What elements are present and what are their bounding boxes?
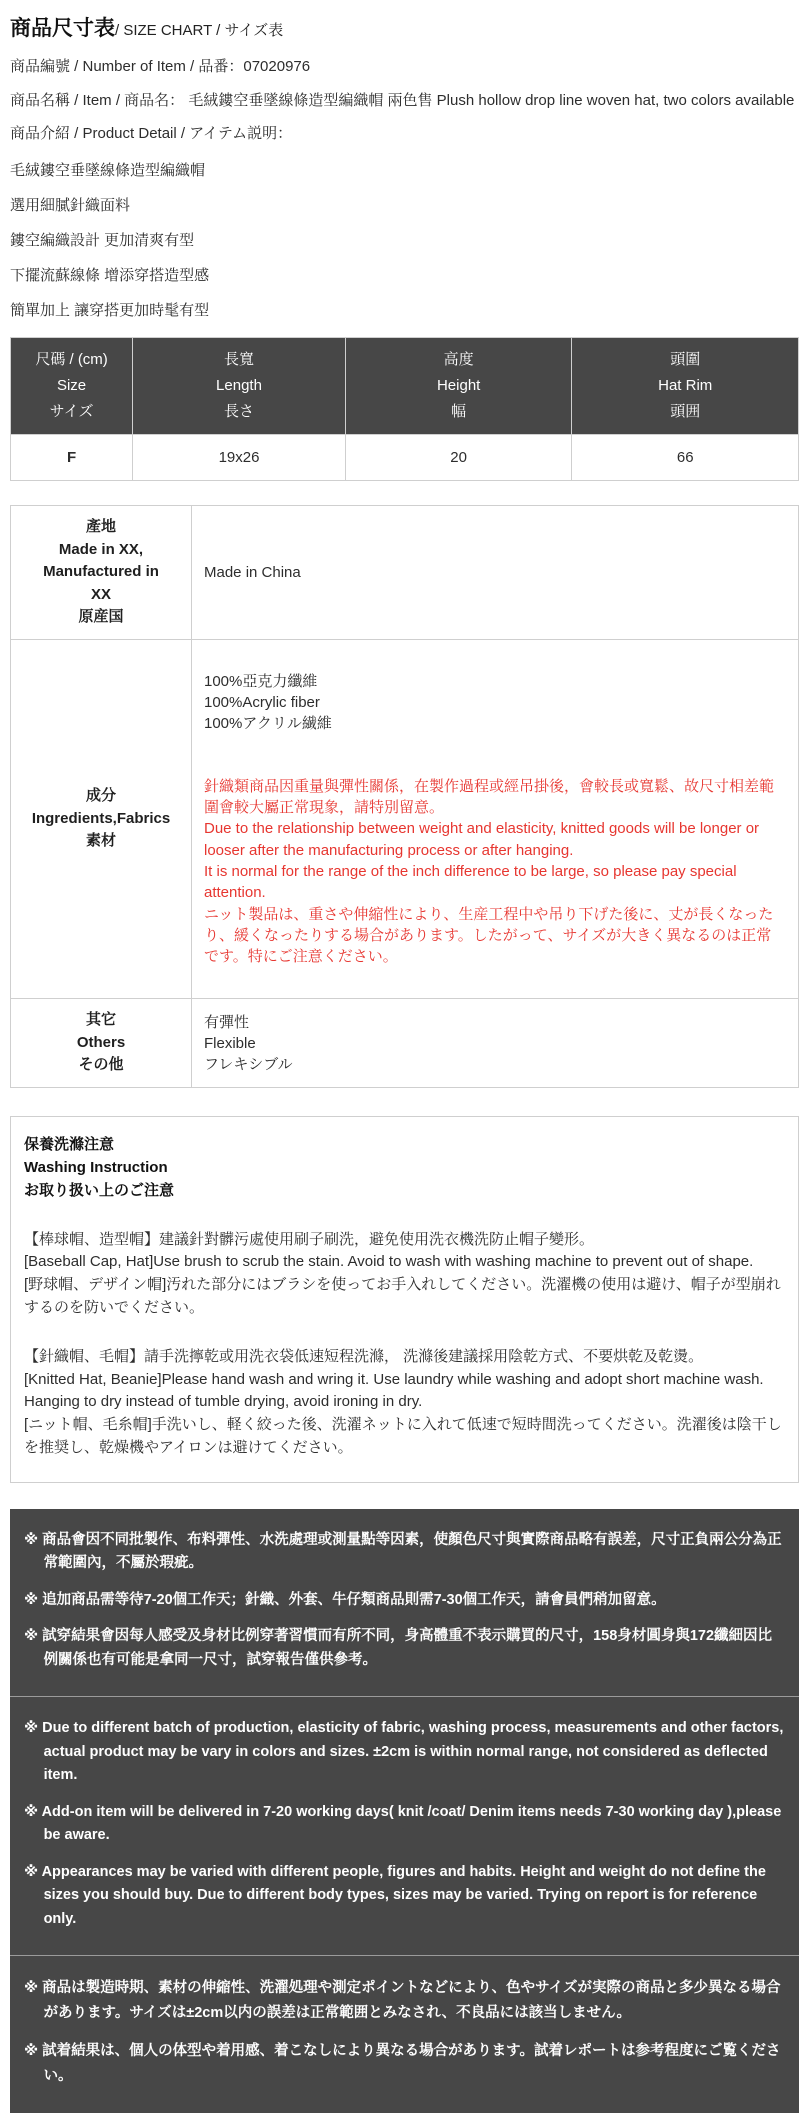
disclaimer-box: ※ 商品會因不同批製作、布料彈性、水洗處理或測量點等因素，使顏色尺寸與實際商品略… [10, 1509, 799, 2113]
page-title: 商品尺寸表/ SIZE CHART / サイズ表 [10, 12, 799, 42]
size-chart-cell-size: F [11, 435, 133, 481]
size-chart-data-row: F 19x26 20 66 [11, 435, 799, 481]
info-label-ingredients: 成分 Ingredients,Fabrics 素材 [11, 639, 192, 999]
disclaimer-section-en: ※ Due to different batch of production, … [10, 1697, 799, 1956]
disclaimer-item: ※ 試穿結果會因每人感受及身材比例穿著習慣而有所不同，身高體重不表示購買的尺寸，… [24, 1625, 785, 1672]
disclaimer-item: ※ 試着結果は、個人の体型や着用感、着こなしにより異なる場合があります。試着レポ… [24, 2039, 785, 2089]
info-label-origin: 產地 Made in XX, Manufactured in XX 原産国 [11, 506, 192, 640]
product-description-line: 簡單加上 讓穿搭更加時髦有型 [10, 300, 799, 321]
washing-paragraph-knit: 【針織帽、毛帽】請手洗擰乾或用洗衣袋低速短程洗滌， 洗滌後建議採用陰乾方式、不要… [24, 1346, 785, 1460]
page-title-main: 商品尺寸表 [10, 17, 115, 40]
size-chart-cell-height: 20 [345, 435, 572, 481]
size-chart-cell-hat-rim: 66 [572, 435, 799, 481]
product-info-table: 產地 Made in XX, Manufactured in XX 原産国 Ma… [10, 505, 799, 1088]
washing-paragraph-cap: 【棒球帽、造型帽】建議針對髒污處使用刷子刷洗，避免使用洗衣機洗防止帽子變形。 [… [24, 1229, 785, 1320]
disclaimer-item: ※ 商品は製造時期、素材の伸縮性、洗濯処理や測定ポイントなどにより、色やサイズが… [24, 1976, 785, 2026]
size-chart-header-height: 高度 Height 幅 [345, 337, 572, 435]
size-chart-header-length: 長寬 Length 長さ [133, 337, 346, 435]
size-chart-header-row: 尺碼 / (cm) Size サイズ 長寬 Length 長さ 高度 Heigh… [11, 337, 799, 435]
size-chart-header-hat-rim: 頭圍 Hat Rim 頭囲 [572, 337, 799, 435]
size-chart-table: 尺碼 / (cm) Size サイズ 長寬 Length 長さ 高度 Heigh… [10, 337, 799, 482]
product-description-line: 鏤空編織設計 更加清爽有型 [10, 230, 799, 251]
disclaimer-item: ※ 商品會因不同批製作、布料彈性、水洗處理或測量點等因素，使顏色尺寸與實際商品略… [24, 1529, 785, 1576]
info-value-others: 有彈性 Flexible フレキシブル [192, 999, 799, 1088]
item-name-line: 商品名稱 / Item / 商品名： 毛絨鏤空垂墜線條造型編織帽 兩色售 Plu… [10, 90, 799, 113]
disclaimer-item: ※ Add-on item will be delivered in 7-20 … [24, 1801, 785, 1848]
product-description-line: 毛絨鏤空垂墜線條造型編織帽 [10, 160, 799, 181]
info-value-ingredients: 100%亞克力纖維 100%Acrylic fiber 100%アクリル繊維 針… [192, 639, 799, 999]
disclaimer-section-zh: ※ 商品會因不同批製作、布料彈性、水洗處理或測量點等因素，使顏色尺寸與實際商品略… [10, 1509, 799, 1697]
ingredients-warning-text: 針織類商品因重量與彈性關係，在製作過程或經吊掛後，會較長或寬鬆、故尺寸相差範圍會… [204, 776, 786, 968]
size-chart-header-size: 尺碼 / (cm) Size サイズ [11, 337, 133, 435]
product-description-line: 選用細膩針織面料 [10, 195, 799, 216]
size-chart-cell-length: 19x26 [133, 435, 346, 481]
page-title-suffix: / SIZE CHART / サイズ表 [115, 22, 283, 39]
disclaimer-item: ※ Appearances may be varied with differe… [24, 1861, 785, 1931]
info-label-others: 其它 Others その他 [11, 999, 192, 1088]
product-description: 毛絨鏤空垂墜線條造型編織帽 選用細膩針織面料 鏤空編織設計 更加清爽有型 下擺流… [10, 160, 799, 321]
disclaimer-item: ※ 追加商品需等待7-20個工作天；針織、外套、牛仔類商品則需7-30個工作天，… [24, 1589, 785, 1612]
item-number-line: 商品編號 / Number of Item / 品番：07020976 [10, 56, 799, 79]
info-row-ingredients: 成分 Ingredients,Fabrics 素材 100%亞克力纖維 100%… [11, 639, 799, 999]
info-row-others: 其它 Others その他 有彈性 Flexible フレキシブル [11, 999, 799, 1088]
washing-instruction-box: 保養洗滌注意 Washing Instruction お取り扱い上のご注意 【棒… [10, 1116, 799, 1483]
disclaimer-section-ja: ※ 商品は製造時期、素材の伸縮性、洗濯処理や測定ポイントなどにより、色やサイズが… [10, 1956, 799, 2113]
washing-instruction-heading: 保養洗滌注意 Washing Instruction お取り扱い上のご注意 [24, 1133, 785, 1203]
ingredients-composition: 100%亞克力纖維 100%Acrylic fiber 100%アクリル繊維 [204, 671, 786, 734]
info-value-origin: Made in China [192, 506, 799, 640]
product-description-line: 下擺流蘇線條 增添穿搭造型感 [10, 265, 799, 286]
product-size-chart-page: 商品尺寸表/ SIZE CHART / サイズ表 商品編號 / Number o… [0, 0, 809, 2113]
disclaimer-item: ※ Due to different batch of production, … [24, 1717, 785, 1787]
info-row-origin: 產地 Made in XX, Manufactured in XX 原産国 Ma… [11, 506, 799, 640]
product-detail-heading: 商品介紹 / Product Detail / アイテム説明： [10, 123, 799, 146]
